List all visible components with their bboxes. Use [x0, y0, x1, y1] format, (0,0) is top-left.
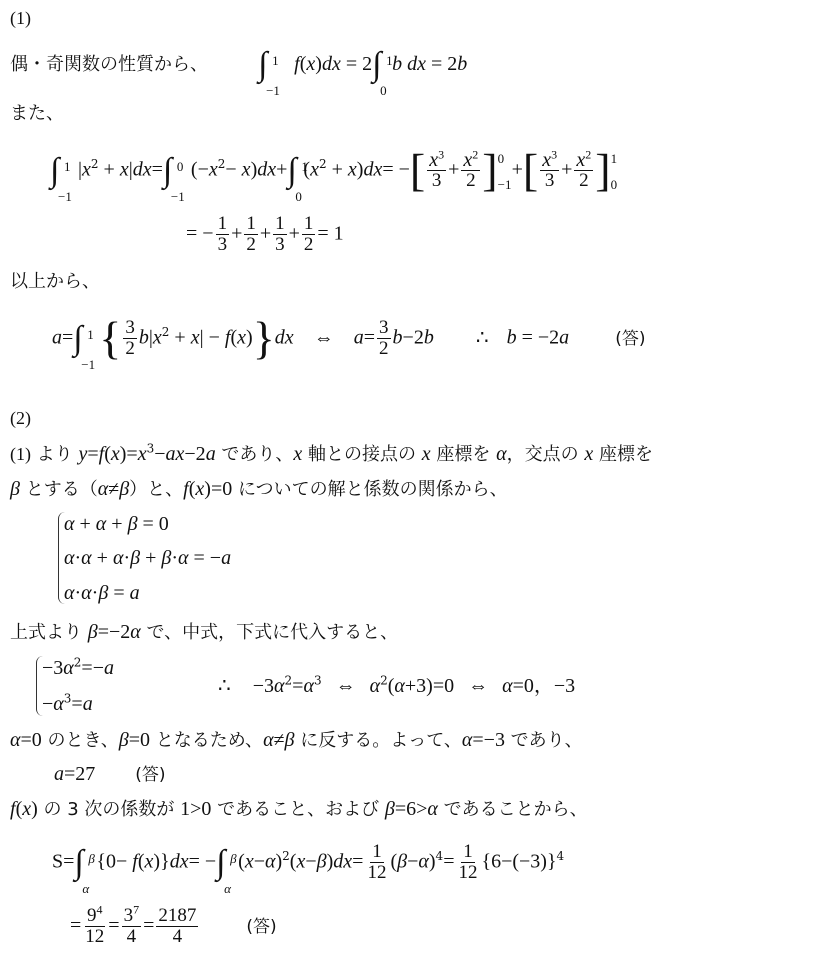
part2-line1: (1) より y=f(x)=x3−ax−2a であり、x 軸との接点の x 座標…	[10, 442, 653, 467]
part1-line4: = −13+12+13+12= 1	[186, 214, 344, 255]
answer-mark: (答)	[135, 765, 165, 785]
part2-line5: f(x) の 3 次の係数が 1>0 であること、および β=6>α であること…	[10, 797, 588, 822]
system1-eq1: α + α + β = 0	[64, 512, 169, 536]
system2-result: ∴−3α2=α3⇔α2(α+3)=0⇔α=0，−3	[218, 674, 575, 698]
system2-eq2: −α3=a	[42, 692, 93, 716]
part1-line2: また、	[10, 102, 64, 126]
system1-eq2: α·α + α·β + β·α = −a	[64, 546, 231, 570]
system1-eq3: α·α·β = a	[64, 581, 140, 605]
system2-eq1: −3α2=−a	[42, 656, 114, 680]
part1-line1-text: 偶・奇関数の性質から、	[10, 54, 208, 75]
part2-line2: β とする（α≠β）と、f(x)=0 についての解と係数の関係から、	[10, 477, 508, 502]
part1-line5: 以上から、	[10, 270, 100, 294]
answer-mark: (答)	[615, 329, 645, 349]
part1-line1-math: ∫1−1 f(x)dx = 2∫10b dx = 2b	[258, 53, 467, 75]
part2-area-line1: S=∫βα{0− f(x)}dx= −∫βα(x−α)2(x−β)dx=112(…	[52, 842, 564, 883]
part2-line3: 上式より β=−2α で、中式，下式に代入すると、	[10, 620, 398, 645]
part2-line4: α=0 のとき、β=0 となるため、α≠β に反する。よって、α=−3 であり、	[10, 728, 583, 753]
part2-label: (2)	[10, 406, 31, 430]
answer-mark: (答)	[246, 917, 276, 937]
part2-area-line2: =9412=374=21874 (答)	[70, 906, 277, 947]
part1-line6: a=∫1−1{32b|x2 + x| − f(x)}dx ⇔ a=32b−2b …	[52, 318, 645, 359]
part1-line1: 偶・奇関数の性質から、 ∫1−1 f(x)dx = 2∫10b dx = 2b	[10, 48, 467, 82]
part2-answer-a: a=27(答)	[54, 762, 166, 787]
part1-label: (1)	[10, 6, 31, 30]
part1-line3: ∫1−1|x2 + x|dx=∫0−1(−x2− x)dx+∫10(x2 + x…	[50, 150, 625, 191]
